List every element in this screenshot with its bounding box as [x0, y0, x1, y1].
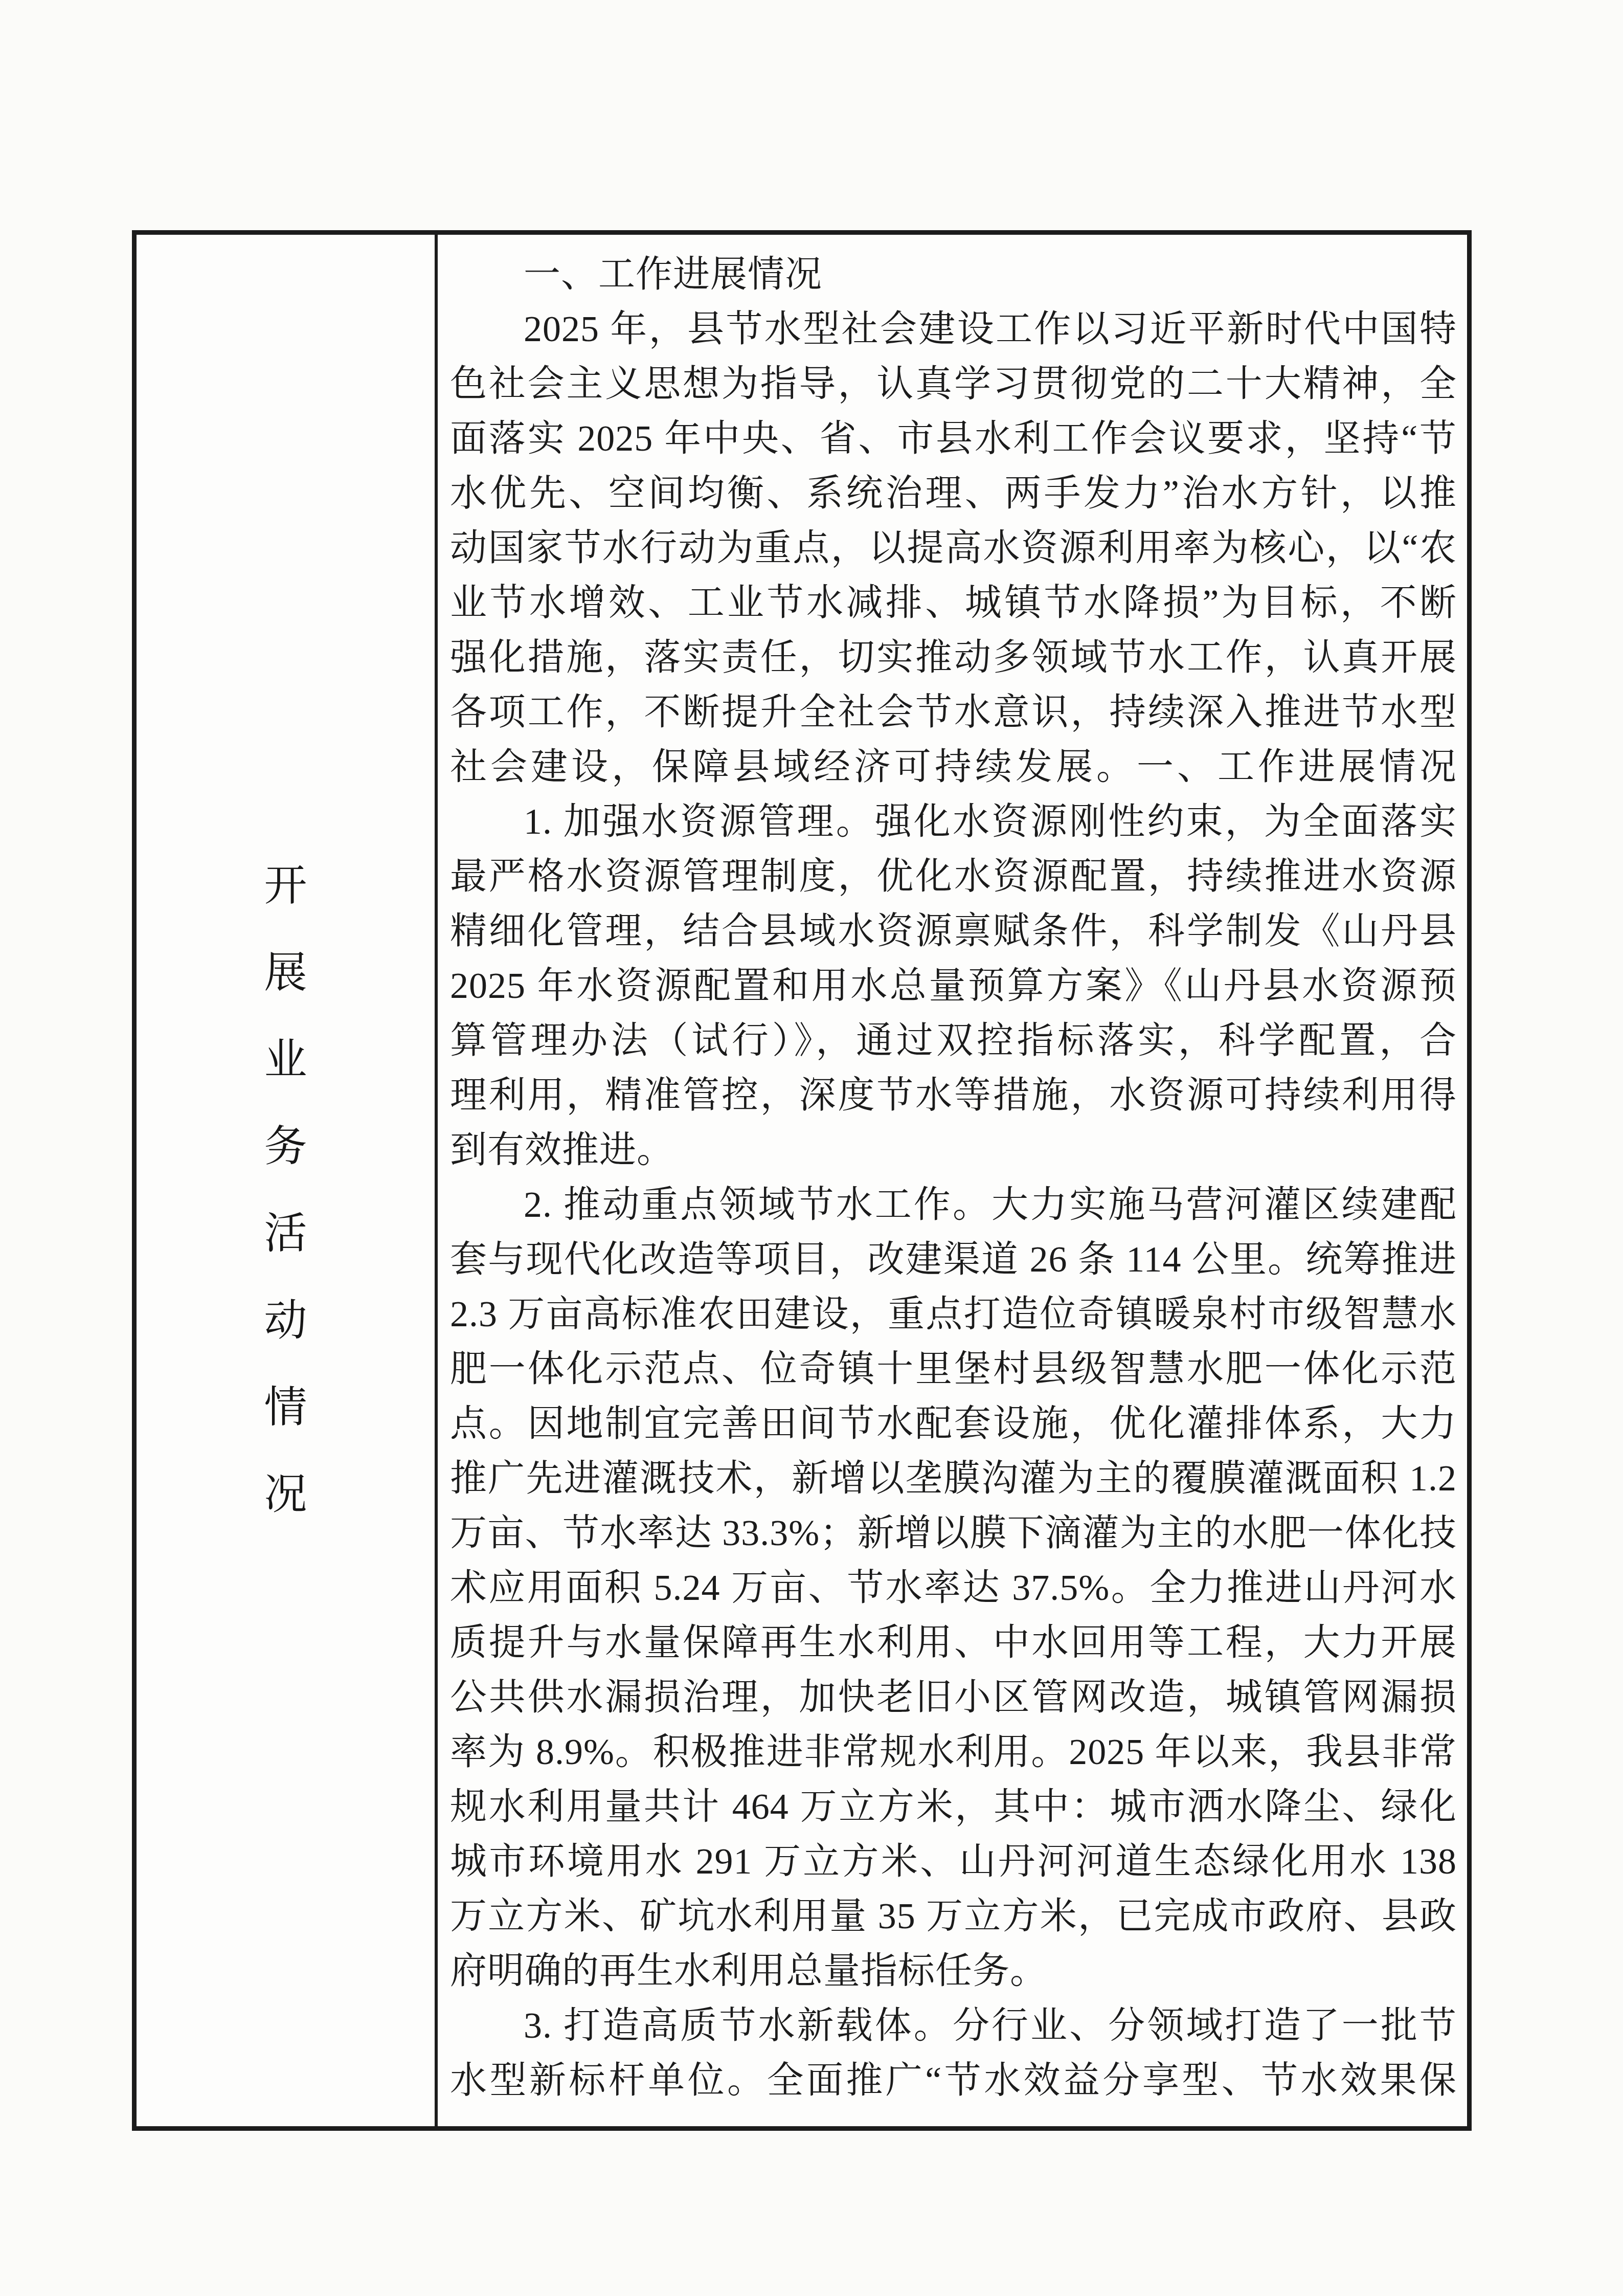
- text-line: 2. 推动重点领域节水工作。大力实施马营河灌区续建配: [450, 1177, 1457, 1232]
- text-line: 面落实 2025 年中央、省、市县水利工作会议要求，坚持“节: [450, 411, 1457, 466]
- text-line: 点。因地制宜完善田间节水配套设施，优化灌排体系，大力: [450, 1396, 1457, 1451]
- row-header-char: 况: [264, 1474, 307, 1517]
- text-line: 理利用，精准管控，深度节水等措施，水资源可持续利用得: [450, 1068, 1457, 1123]
- text-line: 2025 年水资源配置和用水总量预算方案》《山丹县水资源预: [450, 958, 1457, 1013]
- text-line: 强化措施，落实责任，切实推动多领域节水工作，认真开展: [450, 630, 1457, 685]
- text-line: 算管理办法（试行）》，通过双控指标落实，科学配置，合: [450, 1013, 1457, 1068]
- text-line: 最严格水资源管理制度，优化水资源配置，持续推进水资源: [450, 849, 1457, 904]
- row-header-cell: 开 展 业 务 活 动 情 况: [137, 235, 435, 2126]
- text-line: 一、工作进展情况: [450, 247, 1457, 302]
- text-line: 各项工作，不断提升全社会节水意识，持续深入推进节水型: [450, 685, 1457, 740]
- text-line: 率为 8.9%。积极推进非常规水利用。2025 年以来，我县非常: [450, 1725, 1457, 1779]
- text-line: 万亩、节水率达 33.3%；新增以膜下滴灌为主的水肥一体化技: [450, 1506, 1457, 1561]
- text-line: 府明确的再生水利用总量指标任务。: [450, 1944, 1457, 1998]
- text-line: 城市环境用水 291 万立方米、山丹河河道生态绿化用水 138: [450, 1834, 1457, 1889]
- text-line: 2.3 万亩高标准农田建设，重点打造位奇镇暖泉村市级智慧水: [450, 1287, 1457, 1342]
- row-header-char: 业: [264, 1039, 307, 1082]
- row-header-char: 活: [264, 1213, 307, 1256]
- text-line: 水优先、空间均衡、系统治理、两手发力”治水方针，以推: [450, 466, 1457, 521]
- text-line: 3. 打造高质节水新载体。分行业、分领域打造了一批节: [450, 1998, 1457, 2053]
- text-line: 业节水增效、工业节水减排、城镇节水降损”为目标，不断: [450, 575, 1457, 630]
- text-line: 套与现代化改造等项目，改建渠道 26 条 114 公里。统筹推进: [450, 1232, 1457, 1287]
- text-line: 术应用面积 5.24 万亩、节水率达 37.5%。全力推进山丹河水: [450, 1561, 1457, 1615]
- text-line: 肥一体化示范点、位奇镇十里堡村县级智慧水肥一体化示范: [450, 1342, 1457, 1396]
- text-line: 1. 加强水资源管理。强化水资源刚性约束，为全面落实: [450, 794, 1457, 849]
- scanned-document-page: 开 展 业 务 活 动 情 况 一、工作进展情况 2025 年，县节水型社会建设…: [0, 0, 1623, 2296]
- text-line: 水型新标杆单位。全面推广“节水效益分享型、节水效果保: [450, 2053, 1457, 2108]
- content-cell: 一、工作进展情况 2025 年，县节水型社会建设工作以习近平新时代中国特 色社会…: [438, 235, 1467, 2126]
- row-header-char: 动: [264, 1300, 307, 1343]
- row-header-char: 务: [264, 1126, 307, 1169]
- text-line: 规水利用量共计 464 万立方米，其中：城市洒水降尘、绿化: [450, 1779, 1457, 1834]
- text-line: 到有效推进。: [450, 1123, 1457, 1177]
- text-line: 推广先进灌溉技术，新增以垄膜沟灌为主的覆膜灌溉面积 1.2: [450, 1451, 1457, 1506]
- text-line: 万立方米、矿坑水利用量 35 万立方米，已完成市政府、县政: [450, 1889, 1457, 1944]
- row-header-char: 开: [264, 865, 307, 908]
- text-line: 质提升与水量保障再生水利用、中水回用等工程，大力开展: [450, 1615, 1457, 1670]
- text-line: 动国家节水行动为重点，以提高水资源利用率为核心，以“农: [450, 521, 1457, 575]
- report-table: 开 展 业 务 活 动 情 况 一、工作进展情况 2025 年，县节水型社会建设…: [132, 230, 1472, 2131]
- text-line: 社会建设，保障县域经济可持续发展。一、工作进展情况: [450, 740, 1457, 794]
- row-header-char: 展: [264, 952, 307, 995]
- text-line: 2025 年，县节水型社会建设工作以习近平新时代中国特: [450, 302, 1457, 356]
- text-line: 精细化管理，结合县域水资源禀赋条件，科学制发《山丹县: [450, 904, 1457, 958]
- row-header-vertical-title: 开 展 业 务 活 动 情 况: [137, 235, 435, 2126]
- row-header-char: 情: [264, 1387, 307, 1430]
- text-line: 公共供水漏损治理，加快老旧小区管网改造，城镇管网漏损: [450, 1670, 1457, 1725]
- text-line: 色社会主义思想为指导，认真学习贯彻党的二十大精神，全: [450, 356, 1457, 411]
